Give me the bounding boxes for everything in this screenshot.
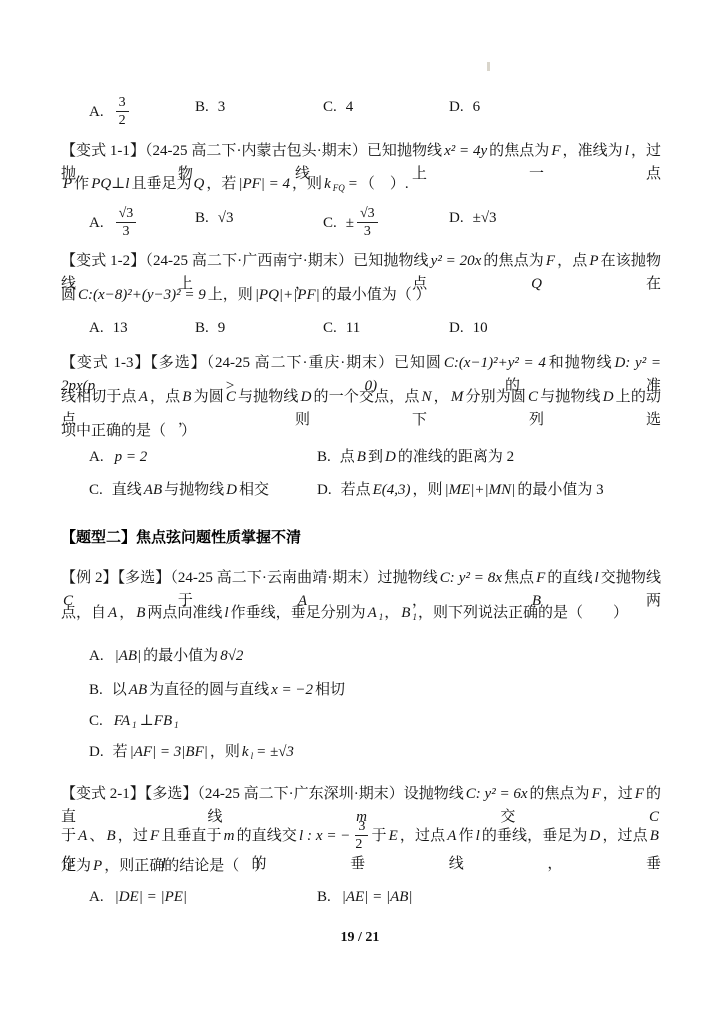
option-label: D. <box>89 744 104 760</box>
math-run: B <box>355 449 368 465</box>
math-run: PQ⊥l <box>89 176 131 192</box>
math-run: l <box>474 828 482 844</box>
text-run: ，过点 <box>400 828 445 844</box>
math-run: C <box>526 389 540 405</box>
text-run: 的焦点为 <box>530 786 590 802</box>
text-run: 两点向准线 <box>147 605 222 621</box>
option-label: B. <box>89 682 103 698</box>
text-run: 点 <box>340 449 355 465</box>
option-value: 9 <box>218 320 226 336</box>
math-run: FA <box>112 713 132 729</box>
math-run: l <box>623 143 631 159</box>
math-run: |ME|+|MN| <box>443 482 518 498</box>
option-b: B.√3 <box>195 207 234 230</box>
plus-minus-sign: ± <box>346 215 354 231</box>
option-d: D.6 <box>449 96 480 119</box>
math-run: P <box>91 858 104 874</box>
document-page: A.32 B.3 C.4 D.6 【变式 1-1】（24-25 高二下·内蒙古包… <box>0 0 720 1018</box>
option-a: A.|AB|的最小值为8√2 <box>89 645 245 668</box>
math-run: M <box>449 389 466 405</box>
math-run: B <box>180 389 193 405</box>
math-run: B <box>399 605 412 621</box>
math-run: x² = 4y <box>442 143 489 159</box>
text-run: 圆 <box>61 287 76 303</box>
text-run: 且垂直于 <box>161 828 222 844</box>
option-d: D.±√3 <box>449 207 497 230</box>
option-label: C. <box>89 713 103 729</box>
scan-artifact <box>487 62 490 71</box>
math-run: p = 2 <box>113 449 150 465</box>
text-run: 相交 <box>239 482 269 498</box>
math-run: m <box>222 828 237 844</box>
option-a: A.p = 2 <box>89 446 149 469</box>
math-run: F <box>148 828 161 844</box>
problem-v12-line2: 圆C:(x−8)²+(y−3)² = 9上，则|PQ|+|PF|的最小值为（ ） <box>61 284 661 307</box>
option-label: A. <box>89 449 104 465</box>
text-run: 上，则 <box>208 287 253 303</box>
text-run: ，点 <box>557 253 587 269</box>
problem-v11-line2: P作PQ⊥l且垂足为Q，若|PF| = 4，则kFQ=（ ）. <box>61 173 661 200</box>
fraction: 32 <box>355 819 368 852</box>
option-label: A. <box>89 648 104 664</box>
math-run: |DE| = |PE| <box>113 889 189 905</box>
fraction-denominator: 3 <box>116 223 137 239</box>
text-run: 交抛物线 <box>601 570 661 586</box>
math-run: AB <box>142 482 164 498</box>
math-run: k <box>240 744 251 760</box>
text-run: ， <box>384 605 399 621</box>
option-d: D.若|AF| = 3|BF|，则kl= ±√3 <box>89 741 296 768</box>
text-run: 【变式 1-2】（24-25 高二下·广西南宁·期末）已知抛物线 <box>61 253 429 269</box>
math-run: A <box>445 828 458 844</box>
fraction: √33 <box>116 206 137 239</box>
text-run: 、 <box>89 828 104 844</box>
problem-v21-line3: 足为P，则正确的结论是（ ） <box>61 855 661 878</box>
option-b: B.3 <box>195 96 225 119</box>
math-run: E(4,3) <box>371 482 413 498</box>
option-label: C. <box>323 99 337 115</box>
math-run: C: y² = 6x <box>464 786 530 802</box>
fraction: 32 <box>116 95 129 128</box>
option-label: D. <box>449 210 464 226</box>
text-run: 与抛物线 <box>540 389 601 405</box>
option-value: 3 <box>218 99 226 115</box>
math-run: y² = 8x <box>457 570 504 586</box>
math-run: y² = 20x <box>429 253 484 269</box>
math-run: AB <box>127 682 149 698</box>
math-run: F <box>534 570 547 586</box>
option-a: A.√33 <box>89 207 139 240</box>
text-run: 和抛物线 <box>548 355 613 371</box>
math-run: = <box>346 176 360 192</box>
text-run: ，则 <box>292 176 322 192</box>
text-run: 的垂线，垂足为 <box>482 828 588 844</box>
text-run: 【变式 2-1】【多选】（24-25 高二下·广东深圳·期末）设抛物线 <box>61 786 464 802</box>
fraction-numerator: 3 <box>116 95 129 112</box>
option-a: A.32 <box>89 96 132 129</box>
option-label: D. <box>317 482 332 498</box>
subscript: 1 <box>132 720 138 730</box>
text-run: 的焦点为 <box>483 253 544 269</box>
math-run: E <box>387 828 400 844</box>
option-label: C. <box>89 482 103 498</box>
text-run: 的直线交 <box>236 828 297 844</box>
text-run: 【变式 1-3】【多选】（24-25 高二下·重庆·期末）已知圆 <box>61 355 442 371</box>
text-run: ，则 <box>413 482 443 498</box>
math-run: l <box>593 570 601 586</box>
option-d: D.10 <box>449 317 488 340</box>
text-run: 【变式 1-1】（24-25 高二下·内蒙古包头·期末）已知抛物线 <box>61 143 442 159</box>
option-c: C.FA1⊥FB1 <box>89 710 180 737</box>
text-run: 若点 <box>341 482 371 498</box>
option-value: ±√3 <box>473 210 497 226</box>
option-label: C. <box>323 320 337 336</box>
text-run: ，准线为 <box>563 143 623 159</box>
problem-ex2-line2: 点，自A，B两点向准线l作垂线，垂足分别为A1，B1，则下列说法正确的是（ ） <box>61 602 661 629</box>
math-run: B <box>134 605 147 621</box>
fraction: √33 <box>357 206 378 239</box>
section-heading: 【题型二】焦点弦问题性质掌握不清 <box>61 526 661 547</box>
text-run: 为直径的圆与直线 <box>149 682 269 698</box>
text-run: 的焦点为 <box>489 143 549 159</box>
text-run: 直线 <box>112 482 142 498</box>
text-run: 的直线 <box>547 570 592 586</box>
text-run: 于 <box>371 828 386 844</box>
text-run: 且垂足为 <box>131 176 191 192</box>
text-run: 若 <box>113 744 128 760</box>
math-run: C: <box>438 570 457 586</box>
option-value: 13 <box>113 320 128 336</box>
subscript: 1 <box>174 720 180 730</box>
option-d: D.若点E(4,3)，则|ME|+|MN|的最小值为 3 <box>317 479 604 502</box>
math-run: l <box>222 605 230 621</box>
math-run: A <box>76 828 89 844</box>
text-run: ， <box>119 605 134 621</box>
fraction-numerator: 3 <box>355 819 368 836</box>
math-run: F <box>544 253 557 269</box>
math-run: F <box>549 143 562 159</box>
text-run: 项中正确的是（ ） <box>61 423 196 439</box>
option-value: √3 <box>218 210 234 226</box>
math-run: D <box>224 482 239 498</box>
text-run: 的准线的距离为 2 <box>398 449 514 465</box>
problem-v13-line3: 项中正确的是（ ） <box>61 420 661 443</box>
option-value: 10 <box>473 320 488 336</box>
text-run: ，过点 <box>602 828 647 844</box>
text-run: 作 <box>458 828 473 844</box>
math-run: A <box>137 389 150 405</box>
math-run: |AF| = 3|BF| <box>128 744 210 760</box>
math-run: 8√2 <box>218 648 245 664</box>
math-run: F <box>590 786 603 802</box>
option-label: B. <box>195 210 209 226</box>
text-run: 的最小值为 3 <box>517 482 603 498</box>
math-run: B <box>104 828 117 844</box>
option-label: A. <box>89 215 104 231</box>
math-run: C:(x−8)²+(y−3)² = 9 <box>76 287 208 303</box>
math-run: B <box>648 828 661 844</box>
option-b: B.|AE| = |AB| <box>317 886 415 909</box>
option-a: A.13 <box>89 317 128 340</box>
option-c: C.±√33 <box>323 207 381 240</box>
text-run: 于 <box>61 828 76 844</box>
math-run: D <box>383 449 398 465</box>
fraction-numerator: √3 <box>357 206 378 223</box>
option-b: B.9 <box>195 317 225 340</box>
text-run: 的最小值为 <box>143 648 218 664</box>
math-run: Q <box>191 176 206 192</box>
math-run: |PF| = 4 <box>236 176 292 192</box>
text-run: 到 <box>368 449 383 465</box>
text-run: 【例 2】【多选】（24-25 高二下·云南曲靖·期末）过抛物线 <box>61 570 438 586</box>
fraction-denominator: 2 <box>116 112 129 128</box>
text-run: 作 <box>74 176 89 192</box>
text-run: 与抛物线 <box>164 482 224 498</box>
option-b: B.以AB为直径的圆与直线x = −2相切 <box>89 679 345 702</box>
text-run: 与抛物线 <box>238 389 299 405</box>
text-run: ，若 <box>206 176 236 192</box>
option-c: C.直线AB与抛物线D相交 <box>89 479 269 502</box>
math-run: P <box>61 176 74 192</box>
text-run: ，过 <box>118 828 148 844</box>
text-run: 的一个交点，点 <box>313 389 419 405</box>
option-label: A. <box>89 320 104 336</box>
math-run: A <box>106 605 119 621</box>
text-run: 点，自 <box>61 605 106 621</box>
math-run: l : x = − <box>297 828 352 844</box>
text-run: 焦点 <box>504 570 534 586</box>
math-run: P <box>587 253 600 269</box>
page-number: 19 / 21 <box>0 930 720 946</box>
math-run: |AB| <box>113 648 144 664</box>
math-run: |AE| = |AB| <box>340 889 415 905</box>
option-a: A.|DE| = |PE| <box>89 886 189 909</box>
option-value: 4 <box>346 99 354 115</box>
option-c: C.11 <box>323 317 360 340</box>
text-run: ，过 <box>603 786 633 802</box>
option-label: B. <box>195 320 209 336</box>
text-run: ，则下列说法正确的是（ ） <box>418 605 628 621</box>
fraction-denominator: 2 <box>355 836 368 852</box>
text-run: （ ）. <box>360 176 409 192</box>
text-run: 为圆 <box>193 389 223 405</box>
math-run: C:(x−1)²+y² = 4 <box>442 355 548 371</box>
text-run: 以 <box>112 682 127 698</box>
text-run: ，点 <box>150 389 180 405</box>
math-run: D <box>601 389 616 405</box>
option-b: B.点B到D的准线的距离为 2 <box>317 446 514 469</box>
text-run: ，则 <box>210 744 240 760</box>
option-label: B. <box>317 889 331 905</box>
math-run: x = −2 <box>269 682 315 698</box>
option-label: B. <box>317 449 331 465</box>
option-value: 11 <box>346 320 360 336</box>
text-run: 足为 <box>61 858 91 874</box>
option-value: 6 <box>473 99 481 115</box>
fraction-denominator: 3 <box>357 223 378 239</box>
option-c: C.4 <box>323 96 353 119</box>
math-run: k <box>322 176 333 192</box>
text-run: 的最小值为（ ） <box>322 287 431 303</box>
option-label: C. <box>323 215 337 231</box>
subscript: FQ <box>333 183 346 193</box>
text-run: 分别为圆 <box>465 389 526 405</box>
math-run: N <box>420 389 434 405</box>
math-run: F <box>633 786 646 802</box>
option-label: D. <box>449 99 464 115</box>
text-run: ，则正确的结论是（ ） <box>104 858 269 874</box>
math-run: C <box>224 389 238 405</box>
option-label: D. <box>449 320 464 336</box>
math-run: ⊥FB <box>138 713 174 729</box>
text-run: 线相切于点 <box>61 389 137 405</box>
math-run: A <box>366 605 379 621</box>
math-run: = ±√3 <box>254 744 296 760</box>
option-label: A. <box>89 889 104 905</box>
math-run: D <box>588 828 603 844</box>
option-label: B. <box>195 99 209 115</box>
text-run: ， <box>434 389 449 405</box>
text-run: 相切 <box>315 682 345 698</box>
math-run: |PQ|+|PF| <box>253 287 322 303</box>
text-run: 作垂线，垂足分别为 <box>231 605 366 621</box>
fraction-numerator: √3 <box>116 206 137 223</box>
math-run: D <box>299 389 314 405</box>
option-label: A. <box>89 104 104 120</box>
